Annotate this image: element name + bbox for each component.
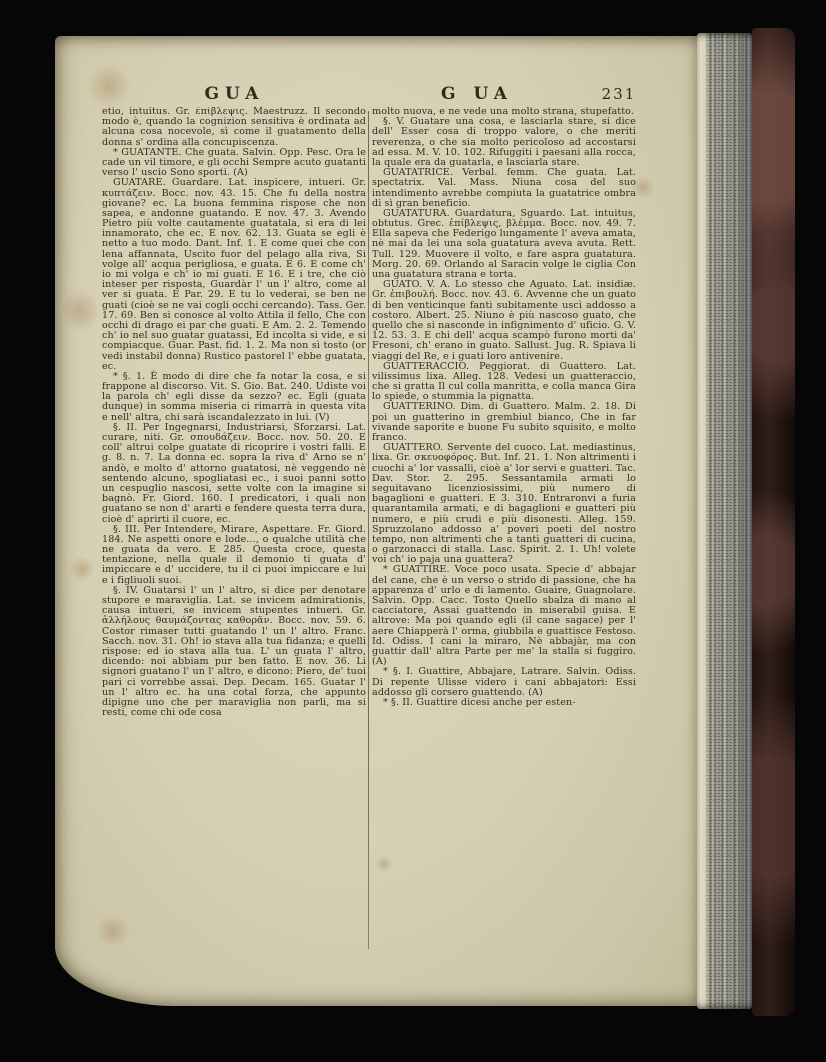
dictionary-entry-guattero: GUATTERO. Servente del cuoco. Lat. media… xyxy=(372,443,636,565)
foxing-stain xyxy=(63,286,97,336)
dictionary-entry-guatteraccio: GUATTERACCIO. Peggiorat. di Guattero. La… xyxy=(372,362,636,403)
foxing-stain xyxy=(69,556,95,582)
book-cover-edge xyxy=(752,28,795,1016)
running-head-right: G UA xyxy=(402,84,552,104)
right-text-column: molto nuova, e ne vede una molto strana,… xyxy=(372,107,636,950)
dictionary-entry-guatare: GUATARE. Guardare. Lat. inspicere, intue… xyxy=(102,178,366,372)
dictionary-entry-guatante: * GUATANTE. Che guata. Salvin. Opp. Pesc… xyxy=(102,148,366,179)
running-head-left: GUA xyxy=(103,84,366,104)
book-fore-edge xyxy=(697,33,754,1009)
entry-section-5: §. V. Guatare una cosa, e lasciarla star… xyxy=(372,117,636,168)
scanned-book-photo: GUA G UA 231 etio, intuitus. Gr. ἐπίβλεψ… xyxy=(0,0,826,1062)
entry-continuation: etio, intuitus. Gr. ἐπίβλεψις. Maestruzz… xyxy=(102,107,366,148)
entry-section-4: §. IV. Guatarsi l' un l' altro, si dice … xyxy=(102,586,366,718)
dictionary-entry-guatterino: GUATTERINO. Dim. di Guattero. Malm. 2. 1… xyxy=(372,402,636,443)
dictionary-entry-guattire: * GUATTIRE. Voce poco usata. Specie d' a… xyxy=(372,565,636,667)
dictionary-entry-guato: GUATO. V. A. Lo stesso che Aguato. Lat. … xyxy=(372,280,636,362)
entry-section-guattire-1: * §. I. Guattire, Abbajare, Latrare. Sal… xyxy=(372,667,636,698)
left-text-column: etio, intuitus. Gr. ἐπίβλεψις. Maestruzz… xyxy=(102,107,366,950)
page-number: 231 xyxy=(594,85,644,103)
entry-section-2: §. II. Per Ingegnarsi, Industriarsi, Sfo… xyxy=(102,423,366,525)
entry-section-1: * §. 1. È modo di dire che fa notar la c… xyxy=(102,372,366,423)
entry-section-guattire-2: * §. II. Guattire dicesi anche per esten… xyxy=(372,698,636,708)
dictionary-entry-guatatura: GUATATURA. Guardatura, Sguardo. Lat. int… xyxy=(372,209,636,280)
entry-section-3: §. III. Per Intendere, Mirare, Aspettare… xyxy=(102,525,366,586)
dictionary-entry-guatatrice: GUATATRICE. Verbal. femm. Che guata. Lat… xyxy=(372,168,636,209)
column-divider-rule xyxy=(368,111,369,949)
